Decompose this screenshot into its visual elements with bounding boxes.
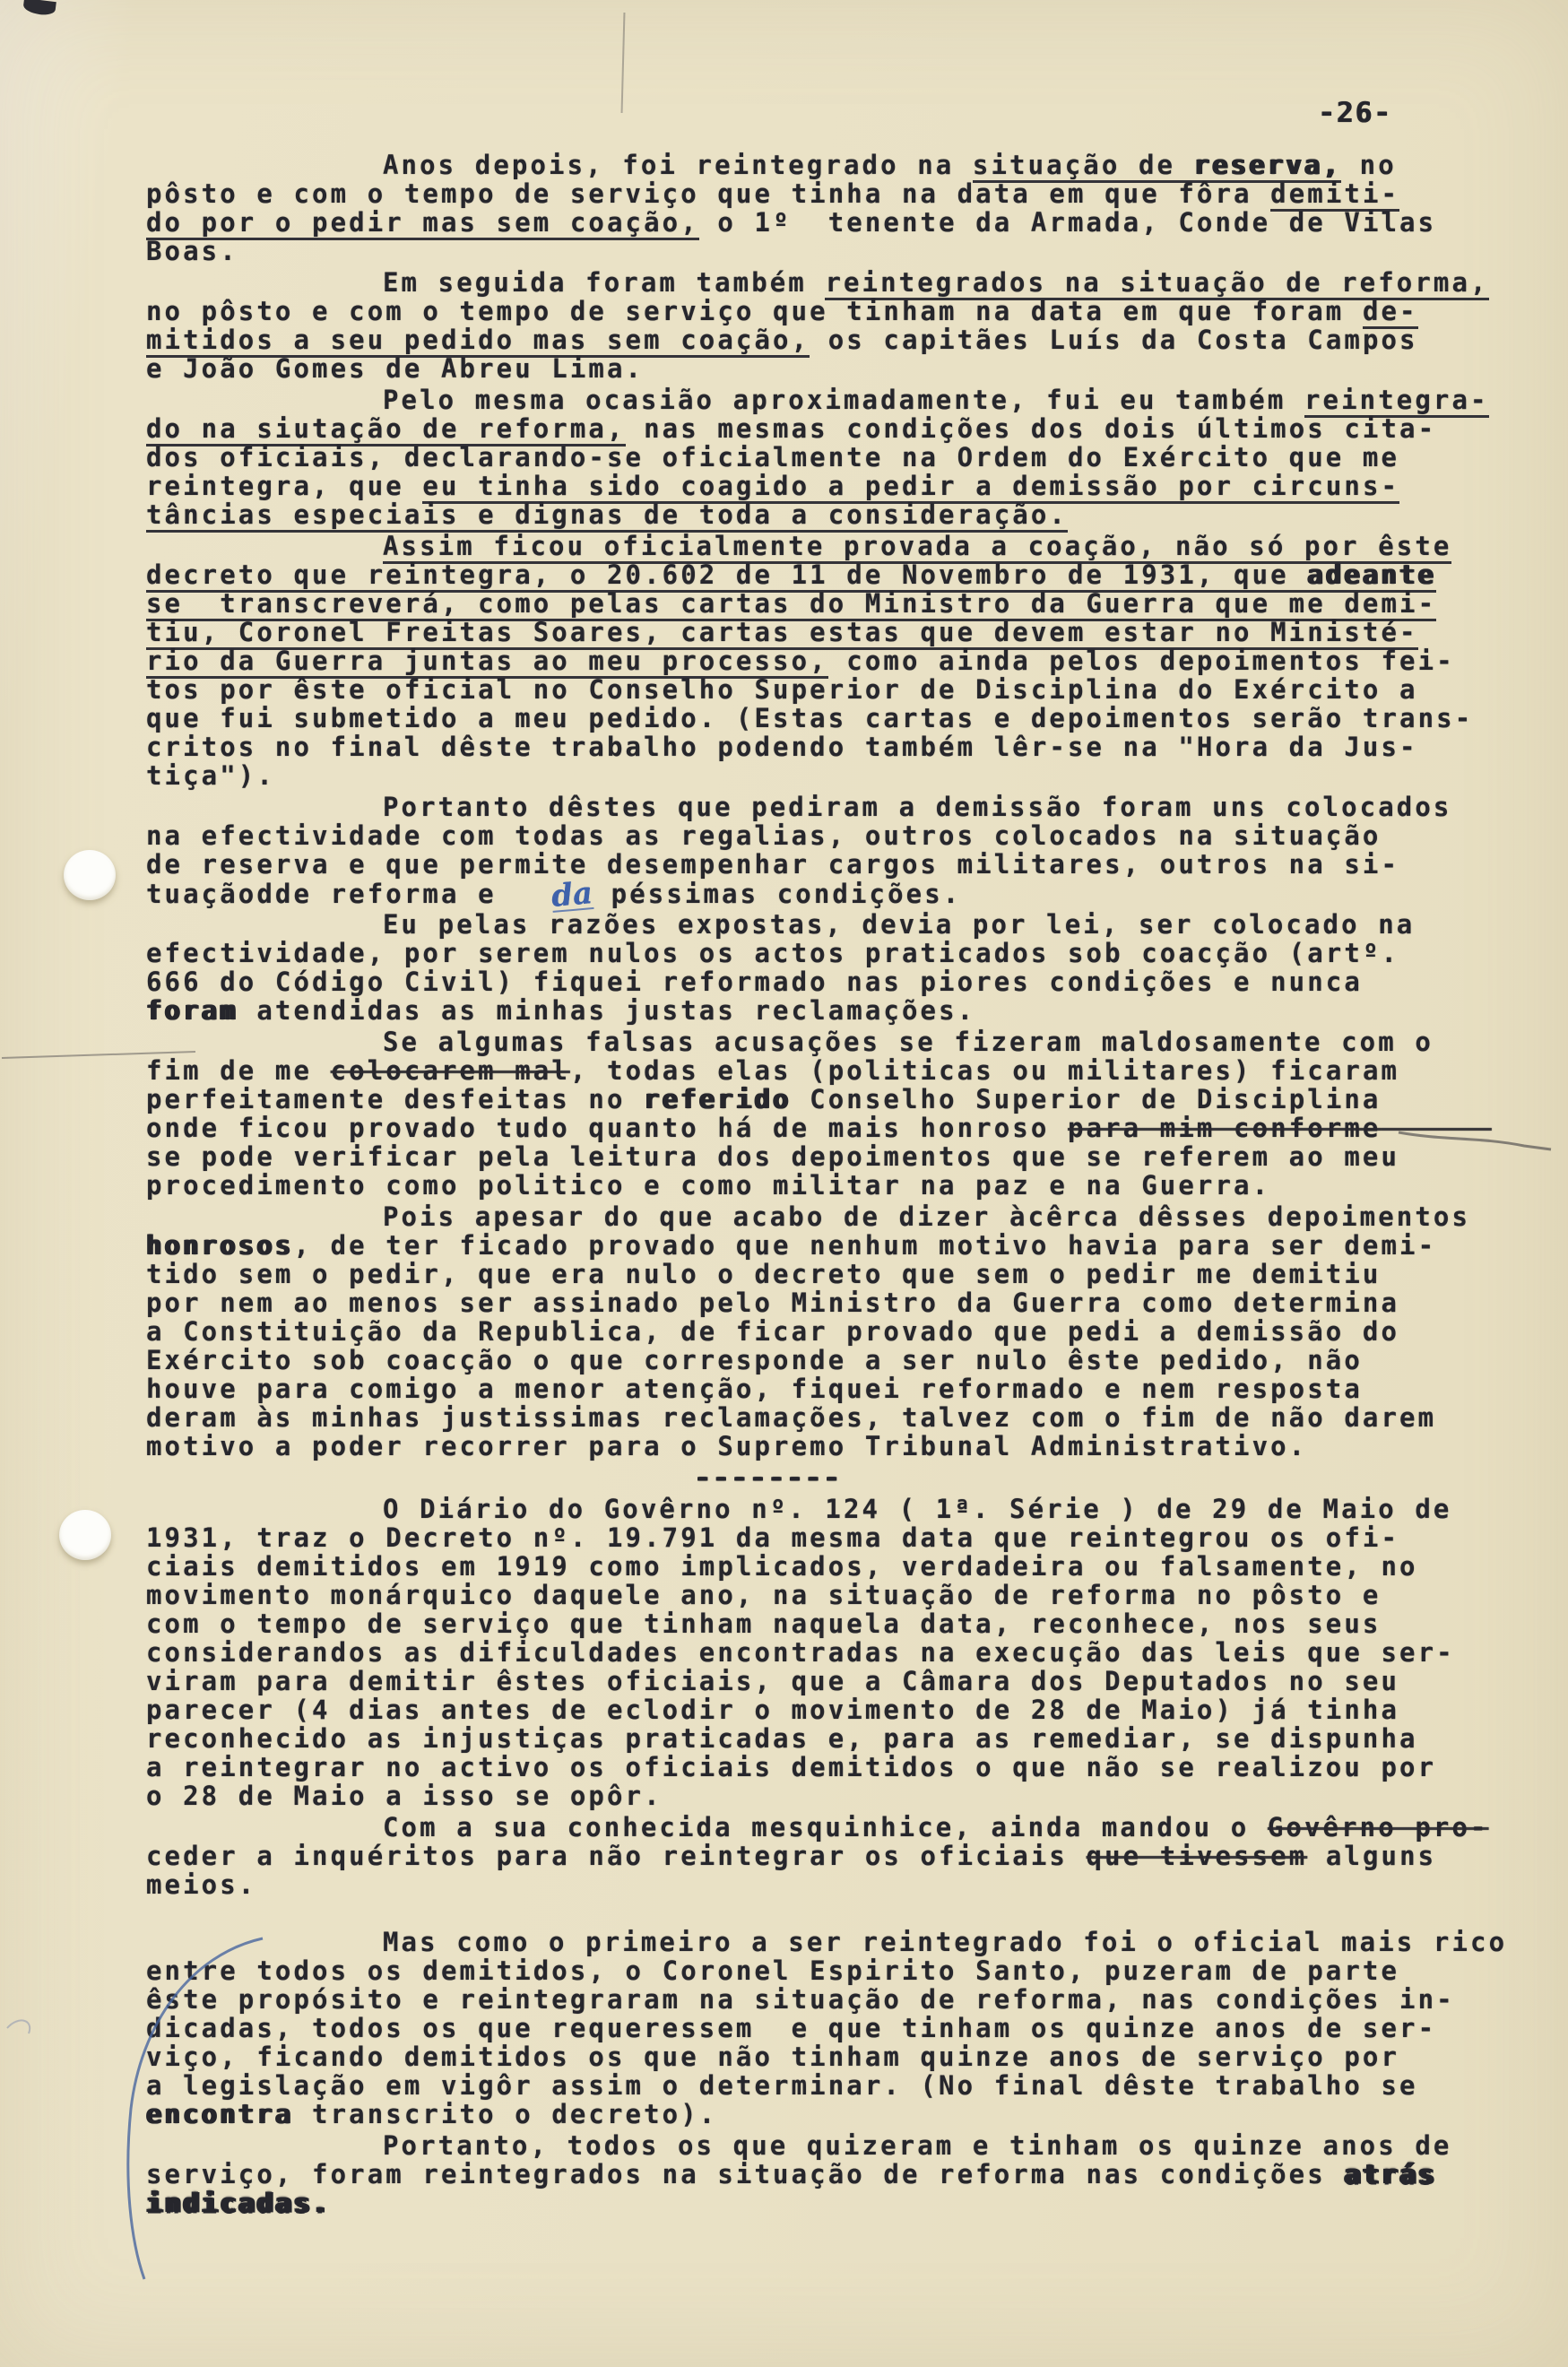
text-segment: no — [1341, 150, 1397, 180]
text-segment: Em seguida foram também — [383, 267, 825, 298]
text-line: a Constituição da Republica, de ficar pr… — [146, 1317, 1527, 1346]
text-line: dicadas, todos os que requeressem e que … — [146, 2014, 1527, 2042]
text-line: reintegra, que eu tinha sido coagido a p… — [146, 472, 1527, 500]
text-segment: que tivessem — [1087, 1841, 1308, 1871]
text-line: perfeitamente desfeitas no referido Cons… — [146, 1085, 1527, 1114]
text-line: Boas. — [146, 237, 1527, 265]
text-segment: pôsto e com o tempo de serviço que tinha… — [146, 178, 1270, 209]
text-line: do na siutação de reforma, nas mesmas co… — [146, 414, 1527, 443]
text-segment: ciais demitidos em 1919 como implicados,… — [146, 1551, 1418, 1582]
text-segment: indicadas. — [146, 2188, 331, 2218]
text-segment: entre todos os demitidos, o Coronel Espi… — [146, 1955, 1399, 1986]
text-segment: Portanto, todos os que quizeram e tinham… — [383, 2130, 1451, 2161]
scanned-document-page: { "page": { "number_label": "-26-", "lan… — [0, 0, 1568, 2367]
text-segment: tiça"). — [146, 760, 275, 791]
text-segment: viço, ficando demitidos os que não tinha… — [146, 2042, 1399, 2072]
text-segment: 1931, traz o Decreto nº. 19.791 da mesma… — [146, 1522, 1399, 1553]
text-line: o 28 de Maio a isso se opôr. — [146, 1782, 1527, 1810]
text-segment: movimento monárquico daquele ano, na sit… — [146, 1580, 1381, 1610]
text-line: 1931, traz o Decreto nº. 19.791 da mesma… — [146, 1523, 1527, 1552]
paper-crease — [621, 13, 626, 113]
text-segment: onde ficou provado tudo quanto há de mai… — [146, 1113, 1068, 1143]
paragraph: Mas como o primeiro a ser reintegrado fo… — [146, 1928, 1527, 2129]
text-segment: êste propósito e reintegraram na situaçã… — [146, 1984, 1455, 2015]
text-segment: encontra — [146, 2099, 293, 2129]
text-segment: critos no final dêste trabalho podendo t… — [146, 732, 1418, 762]
blue-scribble — [7, 2020, 30, 2033]
text-line: com o tempo de serviço que tinham naquel… — [146, 1609, 1527, 1638]
text-segment: Com a sua conhecida mesquinhice, ainda m… — [383, 1812, 1268, 1842]
paragraph: Com a sua conhecida mesquinhice, ainda m… — [146, 1813, 1527, 1899]
text-segment: alguns — [1307, 1841, 1436, 1871]
text-segment: colocarem mal — [331, 1055, 570, 1086]
text-segment: fim de me — [146, 1055, 331, 1086]
text-line: na efectividade com todas as regalias, o… — [146, 821, 1527, 850]
text-line: Portanto dêstes que pediram a demissão f… — [146, 793, 1527, 821]
text-line: do por o pedir mas sem coação, o 1º tene… — [146, 208, 1527, 237]
text-line: critos no final dêste trabalho podendo t… — [146, 733, 1527, 761]
text-line: reconhecido as injustiças praticadas e, … — [146, 1724, 1527, 1753]
text-line: a legislação em vigôr assim o determinar… — [146, 2071, 1527, 2100]
text-line: Com a sua conhecida mesquinhice, ainda m… — [146, 1813, 1527, 1842]
text-segment: honrosos — [146, 1230, 293, 1261]
text-segment: atrás — [1344, 2159, 1436, 2189]
text-line: tiça"). — [146, 761, 1527, 790]
text-line: tiu, Coronel Freitas Soares, cartas esta… — [146, 618, 1527, 646]
text-line: movimento monárquico daquele ano, na sit… — [146, 1581, 1527, 1609]
text-line: se pode verificar pela leitura dos depoi… — [146, 1142, 1527, 1171]
text-segment: Se algumas falsas acusações se fizeram m… — [383, 1027, 1434, 1057]
text-line: viço, ficando demitidos os que não tinha… — [146, 2042, 1527, 2071]
paragraph: Anos depois, foi reintegrado na situação… — [146, 151, 1527, 265]
text-line: entre todos os demitidos, o Coronel Espi… — [146, 1956, 1527, 1985]
text-line: Se algumas falsas acusações se fizeram m… — [146, 1027, 1527, 1056]
text-segment: Exército sob coacção o que corresponde a… — [146, 1345, 1363, 1375]
text-line: Pelo mesma ocasião aproximadamente, fui … — [146, 386, 1527, 414]
text-line: fim de me colocarem mal, todas elas (pol… — [146, 1056, 1527, 1085]
text-line: e João Gomes de Abreu Lima. — [146, 354, 1527, 383]
paragraph: Assim ficou oficialmente provada a coaçã… — [146, 532, 1527, 790]
text-segment: e João Gomes de Abreu Lima. — [146, 353, 644, 384]
text-segment: motivo a poder recorrer para o Supremo T… — [146, 1431, 1307, 1461]
ink-speck — [22, 0, 56, 16]
text-segment: Pois apesar do que acabo de dizer àcêrca… — [383, 1201, 1470, 1232]
text-segment: Pelo mesma ocasião aproximadamente, fui … — [383, 385, 1304, 415]
text-line: efectividade, por serem nulos os actos p… — [146, 939, 1527, 967]
text-line: Pois apesar do que acabo de dizer àcêrca… — [146, 1202, 1527, 1231]
text-line: que fui submetido a meu pedido. (Estas c… — [146, 704, 1527, 733]
text-segment: reintegra, que — [146, 471, 422, 501]
text-segment: perfeitamente desfeitas no — [146, 1084, 644, 1114]
paragraph: Pelo mesma ocasião aproximadamente, fui … — [146, 386, 1527, 529]
text-segment: Anos depois, foi reintegrado na — [383, 150, 973, 180]
text-segment: transcrito o decreto). — [293, 2099, 717, 2129]
paragraph: Eu pelas razões expostas, devia por lei,… — [146, 910, 1527, 1025]
text-line: tâncias especiais e dignas de toda a con… — [146, 500, 1527, 529]
text-line: ciais demitidos em 1919 como implicados,… — [146, 1552, 1527, 1581]
text-segment: houve para comigo a menor atenção, fique… — [146, 1374, 1363, 1404]
text-segment: se pode verificar pela leitura dos depoi… — [146, 1141, 1399, 1172]
text-segment: tâncias especiais e dignas de toda a con… — [146, 499, 1068, 533]
text-segment: no pôsto e com o tempo de serviço que ti… — [146, 296, 1363, 326]
text-line: houve para comigo a menor atenção, fique… — [146, 1374, 1527, 1403]
text-line: tos por êste oficial no Conselho Superio… — [146, 675, 1527, 704]
text-line: parecer (4 dias antes de eclodir o movim… — [146, 1695, 1527, 1724]
text-segment: Mas como o primeiro a ser reintegrado fo… — [383, 1927, 1507, 1957]
text-line: tido sem o pedir, que era nulo o decreto… — [146, 1260, 1527, 1288]
text-line: rio da Guerra juntas ao meu processo, co… — [146, 646, 1527, 675]
hole-punch-top — [64, 850, 116, 900]
text-line: encontra transcrito o decreto). — [146, 2100, 1527, 2129]
typed-separator: -------- — [146, 1463, 1527, 1492]
text-line: honrosos, de ter ficado provado que nenh… — [146, 1231, 1527, 1260]
text-segment: a reintegrar no activo os oficiais demit… — [146, 1752, 1436, 1782]
paragraph: O Diário do Govêrno nº. 124 ( 1ª. Série … — [146, 1495, 1527, 1810]
text-line: Eu pelas razões expostas, devia por lei,… — [146, 910, 1527, 939]
text-line: Mas como o primeiro a ser reintegrado fo… — [146, 1928, 1527, 1956]
text-segment: efectividade, por serem nulos os actos p… — [146, 938, 1399, 968]
text-line: meios. — [146, 1870, 1527, 1899]
text-segment: os capitães Luís da Costa Campos — [810, 325, 1417, 355]
text-segment: ceder a inquéritos para não reintegrar o… — [146, 1841, 1087, 1871]
text-line: motivo a poder recorrer para o Supremo T… — [146, 1432, 1527, 1461]
paragraph: Portanto, todos os que quizeram e tinham… — [146, 2131, 1527, 2217]
text-segment: parecer (4 dias antes de eclodir o movim… — [146, 1695, 1399, 1725]
text-segment: foram — [146, 995, 238, 1026]
text-segment: de reserva e que permite desempenhar car… — [146, 849, 1399, 880]
text-line: O Diário do Govêrno nº. 124 ( 1ª. Série … — [146, 1495, 1527, 1523]
paragraph: Em seguida foram também reintegrados na … — [146, 268, 1527, 383]
page-number: -26- — [1318, 97, 1392, 129]
text-line: de reserva e que permite desempenhar car… — [146, 850, 1527, 879]
text-line: mitidos a seu pedido mas sem coação, os … — [146, 325, 1527, 354]
text-segment: atendidas as minhas justas reclamações. — [238, 995, 975, 1026]
text-line: indicadas. — [146, 2189, 1527, 2217]
text-line: foram atendidas as minhas justas reclama… — [146, 996, 1527, 1025]
text-segment: tuaçãodde reforma e — [146, 879, 551, 909]
text-line: por nem ao menos ser assinado pelo Minis… — [146, 1288, 1527, 1317]
text-line: decreto que reintegra, o 20.602 de 11 de… — [146, 560, 1527, 589]
text-line: deram às minhas justissimas reclamações,… — [146, 1403, 1527, 1432]
text-segment: , de ter ficado provado que nenhum motiv… — [293, 1230, 1436, 1261]
text-line: Portanto, todos os que quizeram e tinham… — [146, 2131, 1527, 2160]
separator-dashes: -------- — [695, 1462, 842, 1493]
text-segment: Eu pelas razões expostas, devia por lei,… — [383, 909, 1415, 940]
text-segment: , todas elas (politicas ou militares) fi… — [570, 1055, 1399, 1086]
text-segment: serviço, foram reintegrados na situação … — [146, 2159, 1344, 2189]
paragraph: Pois apesar do que acabo de dizer àcêrca… — [146, 1202, 1527, 1461]
text-segment: o 28 de Maio a isso se opôr. — [146, 1781, 663, 1811]
text-segment: como ainda pelos depoimentos fei- — [828, 646, 1455, 676]
text-line: Anos depois, foi reintegrado na situação… — [146, 151, 1527, 179]
text-segment: que fui submetido a meu pedido. (Estas c… — [146, 703, 1473, 733]
text-segment: o 1º tenente da Armada, Conde de Vilas — [699, 207, 1436, 238]
handwritten-insert: da — [550, 879, 594, 913]
text-segment: tido sem o pedir, que era nulo o decreto… — [146, 1259, 1381, 1289]
text-segment: Conselho Superior de Disciplina — [792, 1084, 1382, 1114]
paragraph: Se algumas falsas acusações se fizeram m… — [146, 1027, 1527, 1200]
text-segment: 666 do Código Civil) fiquei reformado na… — [146, 967, 1363, 997]
text-segment: dicadas, todos os que requeressem e que … — [146, 2013, 1436, 2043]
text-segment: deram às minhas justissimas reclamações,… — [146, 1402, 1436, 1433]
text-line: pôsto e com o tempo de serviço que tinha… — [146, 179, 1527, 208]
text-segment: Portanto dêstes que pediram a demissão f… — [383, 792, 1451, 822]
text-segment: Boas. — [146, 236, 238, 266]
document-body: Anos depois, foi reintegrado na situação… — [146, 151, 1527, 2220]
text-line: Exército sob coacção o que corresponde a… — [146, 1346, 1527, 1374]
text-segment: por nem ao menos ser assinado pelo Minis… — [146, 1288, 1399, 1318]
text-line: dos oficiais, declarando-se oficialmente… — [146, 443, 1527, 472]
text-segment: reconhecido as injustiças praticadas e, … — [146, 1723, 1418, 1754]
text-segment: dos oficiais, declarando-se oficialmente… — [146, 442, 1399, 473]
text-line: onde ficou provado tudo quanto há de mai… — [146, 1114, 1527, 1142]
text-segment: meios. — [146, 1869, 256, 1900]
text-segment: a Constituição da Republica, de ficar pr… — [146, 1316, 1399, 1347]
text-segment: considerandos as dificuldades encontrada… — [146, 1637, 1455, 1668]
text-line: procedimento como politico e como milita… — [146, 1171, 1527, 1200]
text-segment: tos por êste oficial no Conselho Superio… — [146, 674, 1418, 705]
text-segment: a legislação em vigôr assim o determinar… — [146, 2070, 1418, 2101]
text-segment: O Diário do Govêrno nº. 124 ( 1ª. Série … — [383, 1494, 1451, 1524]
text-line: 666 do Código Civil) fiquei reformado na… — [146, 967, 1527, 996]
text-segment: procedimento como politico e como milita… — [146, 1170, 1270, 1201]
text-segment: péssimas condições. — [593, 879, 961, 909]
hole-punch-bottom — [59, 1510, 111, 1560]
text-line: êste propósito e reintegraram na situaçã… — [146, 1985, 1527, 2014]
text-line: considerandos as dificuldades encontrada… — [146, 1638, 1527, 1667]
text-line: ceder a inquéritos para não reintegrar o… — [146, 1842, 1527, 1870]
text-line: Assim ficou oficialmente provada a coaçã… — [146, 532, 1527, 560]
text-line: serviço, foram reintegrados na situação … — [146, 2160, 1527, 2189]
text-line: tuaçãodde reforma e da péssimas condiçõe… — [146, 879, 1527, 907]
text-line: se transcreverá, como pelas cartas do Mi… — [146, 589, 1527, 618]
text-segment — [1382, 1113, 1492, 1143]
text-segment: com o tempo de serviço que tinham naquel… — [146, 1608, 1381, 1639]
paragraph: Portanto dêstes que pediram a demissão f… — [146, 793, 1527, 907]
text-line: no pôsto e com o tempo de serviço que ti… — [146, 297, 1527, 325]
text-line: a reintegrar no activo os oficiais demit… — [146, 1753, 1527, 1782]
text-segment: viram para demitir êstes oficiais, que a… — [146, 1666, 1399, 1696]
text-segment: para mim conforme — [1068, 1113, 1382, 1143]
text-segment: na efectividade com todas as regalias, o… — [146, 820, 1381, 851]
text-segment: nas mesmas condições dos dois últimos ci… — [626, 413, 1437, 444]
text-segment: referido — [644, 1084, 791, 1114]
text-line: viram para demitir êstes oficiais, que a… — [146, 1667, 1527, 1695]
text-line: Em seguida foram também reintegrados na … — [146, 268, 1527, 297]
text-segment: Govêrno pro- — [1268, 1812, 1489, 1842]
